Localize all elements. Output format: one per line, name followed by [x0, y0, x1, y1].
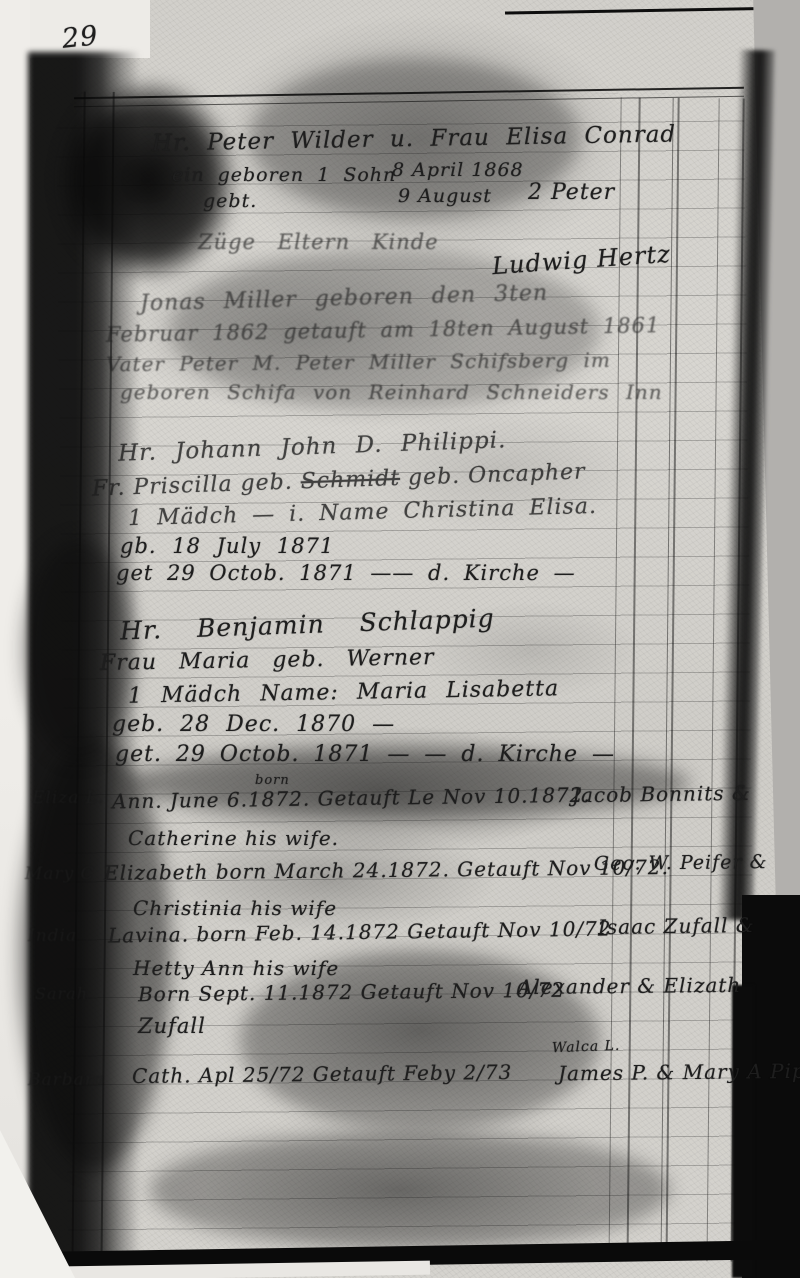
row-margin-name: Eliza L. — [32, 790, 104, 807]
entry-wilder-child-name: 2 Peter — [528, 182, 615, 204]
entry-philippi-struck-name: Schmidt — [300, 466, 400, 494]
entry-philippi-date-born: gb. 18 July 1871 — [120, 536, 334, 557]
entry-miller-line4: geboren Schifa von Reinhard Schneiders I… — [120, 382, 663, 402]
row-second-line: Zufall — [138, 1016, 206, 1037]
entry-wilder-line2a: ein geboren 1 Sohn — [172, 166, 396, 185]
entry-miller-heading: Züge Eltern Kinde — [198, 232, 439, 253]
entry-wilder-date-born: 8 April 1868 — [392, 161, 524, 180]
entry-wilder-date-baptized: 9 August — [398, 187, 492, 206]
row-inserted-note: born — [255, 774, 290, 787]
column-rule — [627, 97, 641, 1260]
row-parents: Isaac Zufall & — [598, 915, 755, 937]
row-main-text: Elizabeth born March 24.1872. Getauft No… — [104, 857, 669, 883]
entry-schlappig-date-baptized: get. 29 Octob. 1871 — — d. Kirche — — [115, 744, 615, 766]
entry-miller-line3: Vater Peter M. Peter Miller Schifsberg i… — [106, 350, 611, 374]
row-main-text: Born Sept. 11.1872 Getauft Nov 10/72 — [138, 980, 565, 1004]
row-margin-name: Sarah — [35, 986, 88, 1002]
row-main-text: Lavina. born Feb. 14.1872 Getauft Nov 10… — [108, 918, 612, 945]
scan-border-right-bottom — [732, 985, 754, 1278]
page-number: 29 — [61, 22, 100, 53]
row-parents: Alexander & Elizath — [518, 975, 741, 997]
scanned-register-page: 29 Hr. Peter Wilder u. Frau Elisa Conrad… — [0, 0, 800, 1278]
column-rule — [666, 98, 680, 1261]
entry-schlappig-line2: Frau Maria geb. Werner — [100, 647, 435, 675]
row-margin-name: Barbara — [28, 1072, 105, 1089]
entry-philippi-date-baptized: get 29 Octob. 1871 —— d. Kirche — — [116, 563, 576, 584]
row-parents: James P. & Mary A Piper — [558, 1061, 800, 1084]
entry-wilder-line3a: gebt. — [203, 192, 257, 211]
row-second-line: Hetty Ann his wife — [133, 958, 339, 978]
row-inserted-note: Walca L. — [552, 1039, 621, 1055]
row-parents: Geo. W. Peifer & — [594, 853, 768, 874]
row-second-line: Christinia his wife — [133, 898, 337, 918]
column-rule — [707, 98, 720, 1261]
row-margin-name: Mary C — [25, 866, 95, 883]
row-second-line: Catherine his wife. — [128, 828, 339, 848]
row-main-text: Ann. June 6.1872. Getauft Le Nov 10.1872… — [112, 785, 591, 812]
row-parents: Jacob Bonnits & — [572, 783, 751, 805]
entry-schlappig-date-born: geb. 28 Dec. 1870 — — [112, 714, 395, 736]
row-main-text: Cath. Apl 25/72 Getauft Feby 2/73 — [132, 1062, 512, 1086]
scan-smudge — [150, 1130, 670, 1250]
row-margin-name: India — [28, 928, 77, 945]
